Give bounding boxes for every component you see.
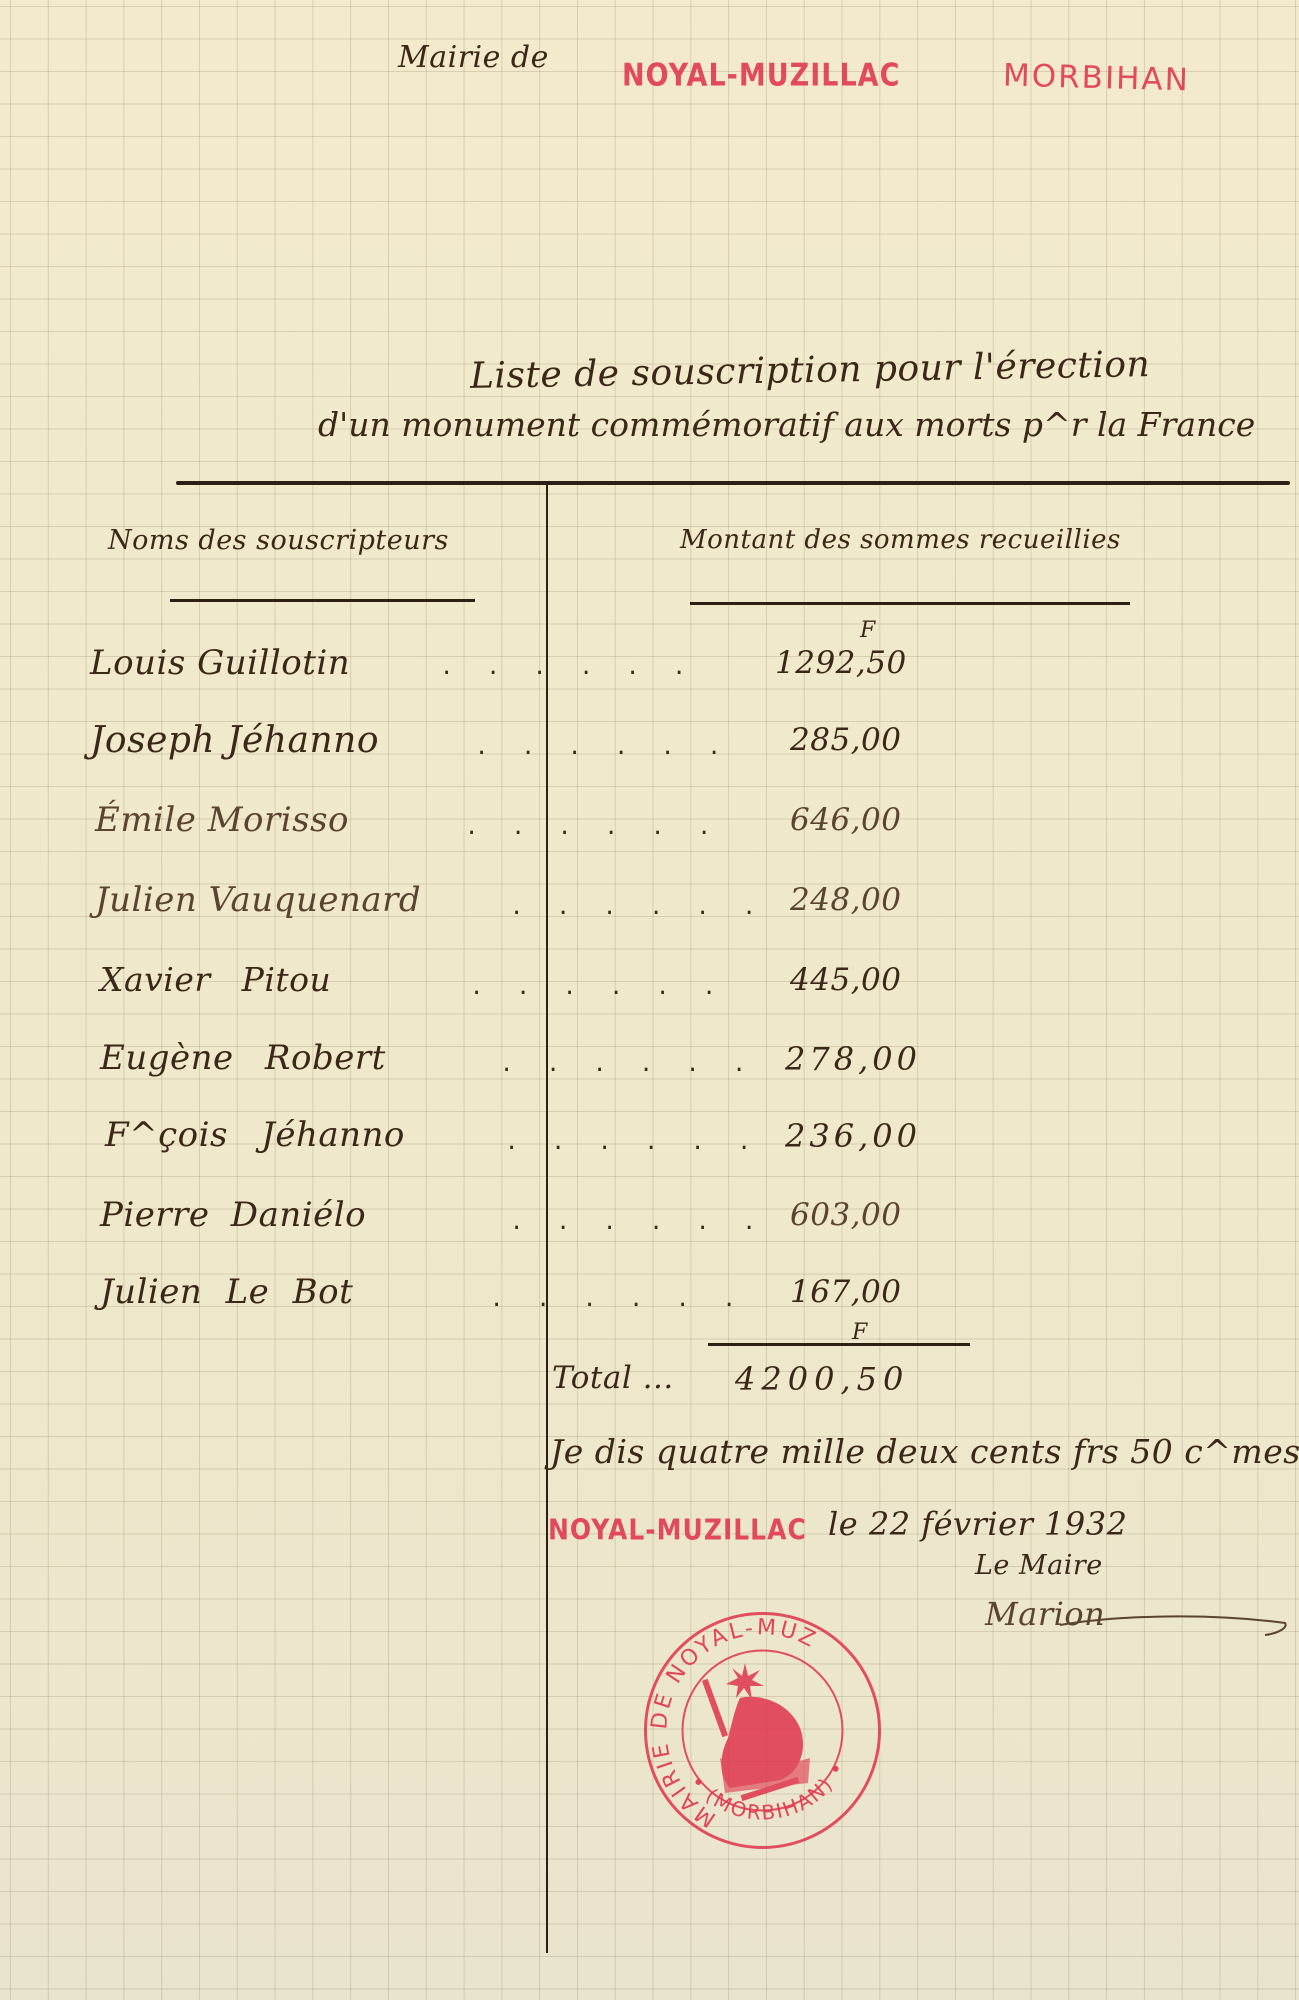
title-line-2: d'un monument commémoratif aux morts p^r… bbox=[318, 405, 1255, 444]
leader-dots: . . . . . . bbox=[470, 975, 726, 1000]
subscriber-name: Xavier Pitou bbox=[100, 960, 331, 999]
subscriber-amount: 248,00 bbox=[790, 882, 901, 918]
place-stamp: NOYAL-MUZILLAC bbox=[548, 1513, 807, 1546]
document-page: Mairie de NOYAL-MUZILLAC MORBIHAN Liste … bbox=[0, 0, 1299, 2000]
date: le 22 février 1932 bbox=[828, 1505, 1127, 1543]
subscriber-name: Julien Vauquenard bbox=[95, 880, 421, 920]
subscriber-name: Julien Le Bot bbox=[100, 1272, 353, 1312]
town-stamp: NOYAL-MUZILLAC bbox=[622, 58, 900, 94]
subscriber-name: Pierre Daniélo bbox=[100, 1195, 366, 1235]
total-rule bbox=[708, 1343, 970, 1346]
subscriber-amount: 603,00 bbox=[790, 1197, 901, 1233]
marianne-figure-icon bbox=[702, 1663, 810, 1801]
subscriber-amount: 278,00 bbox=[785, 1040, 921, 1078]
total-value: 4200,50 bbox=[735, 1360, 909, 1398]
subscriber-amount: 646,00 bbox=[790, 802, 901, 838]
mairie-label: Mairie de bbox=[398, 40, 549, 75]
subscriber-name: F^çois Jéhanno bbox=[105, 1115, 405, 1155]
subscriber-amount: 236,00 bbox=[785, 1117, 921, 1155]
leader-dots: . . . . . . bbox=[505, 1130, 761, 1155]
amounts-header-underline bbox=[690, 602, 1130, 605]
subscriber-amount: 285,00 bbox=[790, 722, 901, 758]
table-top-rule bbox=[176, 481, 1290, 485]
leader-dots: . . . . . . bbox=[440, 655, 696, 680]
amount-in-words: Je dis quatre mille deux cents frs 50 c^… bbox=[550, 1432, 1299, 1471]
leader-dots: . . . . . . bbox=[510, 895, 766, 920]
subscriber-amount: 1292,50 bbox=[775, 645, 907, 681]
department-stamp: MORBIHAN bbox=[1003, 58, 1191, 99]
leader-dots: . . . . . . bbox=[500, 1052, 756, 1077]
subscriber-name: Louis Guillotin bbox=[90, 643, 350, 683]
signature-flourish bbox=[1060, 1605, 1290, 1645]
leader-dots: . . . . . . bbox=[510, 1210, 766, 1235]
column-header-names: Noms des souscripteurs bbox=[108, 525, 449, 556]
subscriber-amount: 167,00 bbox=[790, 1274, 901, 1310]
subscriber-name: Eugène Robert bbox=[100, 1038, 386, 1078]
column-header-amounts: Montant des sommes recueillies bbox=[680, 525, 1121, 555]
signatory-title: Le Maire bbox=[975, 1550, 1103, 1581]
subscriber-amount: 445,00 bbox=[790, 962, 901, 998]
mairie-seal: MAIRIE DE NOYAL-MUZILLAC • (MORBIHAN) • bbox=[640, 1608, 885, 1853]
franc-mark-total: F bbox=[852, 1320, 867, 1345]
leader-dots: . . . . . . bbox=[465, 815, 721, 840]
total-label: Total ... bbox=[552, 1360, 674, 1396]
subscriber-name: Émile Morisso bbox=[95, 800, 349, 840]
franc-mark: F bbox=[860, 618, 875, 643]
title-line-1: Liste de souscription pour l'érection bbox=[470, 344, 1151, 397]
subscriber-name: Joseph Jéhanno bbox=[90, 720, 379, 761]
names-header-underline bbox=[170, 599, 475, 602]
leader-dots: . . . . . . bbox=[490, 1287, 746, 1312]
leader-dots: . . . . . . bbox=[475, 735, 731, 760]
